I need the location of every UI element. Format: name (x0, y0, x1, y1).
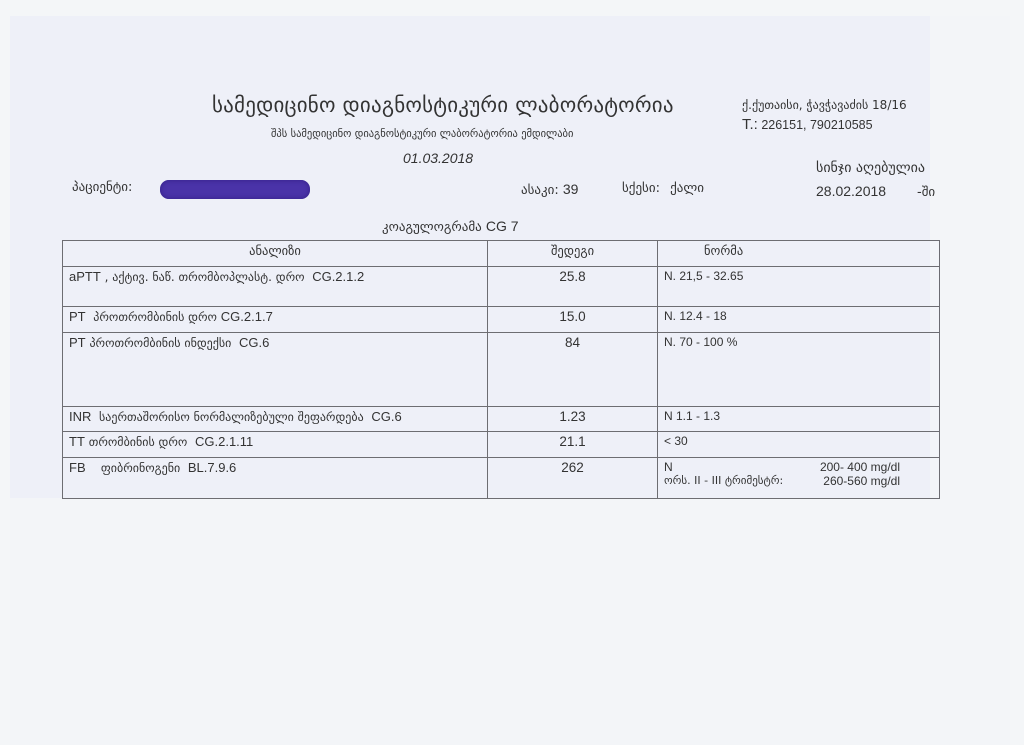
norm-line: ორს. II - III ტრიმესტრ:260-560 mg/dl (664, 474, 900, 488)
test-code: CG 7 (486, 218, 519, 234)
phone-prefix: T.: (742, 116, 758, 133)
lab-title: სამედიცინო დიაგნოსტიკური ლაბორატორია (212, 93, 674, 117)
table-row: aPTT , აქტივ. ნაწ. თრომბოპლასტ. დრო CG.2… (63, 267, 940, 307)
sex-value: ქალი (670, 181, 704, 196)
table-row: INR საერთაშორისო ნორმალიზებული შეფარდება… (63, 407, 940, 432)
lab-subtitle: შპს სამედიცინო დიაგნოსტიკური ლაბორატორია… (271, 128, 573, 140)
patient-age: ასაკი: 39 (521, 181, 578, 198)
patient-sex: სქესი: ქალი (622, 181, 704, 196)
table-header-row: ანალიზი შედეგი ნორმა (63, 241, 940, 267)
table-row: TT თრომბინის დრო CG.2.1.11 21.1 < 30 (63, 432, 940, 458)
header-norm: ნორმა (658, 241, 940, 267)
result-cell: 84 (488, 333, 658, 407)
norm-cell: N. 21,5 - 32.65 (658, 267, 940, 307)
phone-numbers: 226151, 790210585 (761, 118, 872, 132)
norm-line: N200- 400 mg/dl (664, 460, 900, 474)
patient-name-redaction (160, 180, 310, 199)
analyte-cell: INR საერთაშორისო ნორმალიზებული შეფარდება… (63, 407, 488, 432)
results-table: ანალიზი შედეგი ნორმა aPTT , აქტივ. ნაწ. … (62, 240, 940, 499)
norm-cell: N. 12.4 - 18 (658, 307, 940, 333)
result-cell: 25.8 (488, 267, 658, 307)
analyte-cell: PT პროთრომბინის დრო CG.2.1.7 (63, 307, 488, 333)
sample-taken-date: 28.02.2018 (816, 183, 886, 199)
patient-label: პაციენტი: (72, 180, 132, 195)
sample-taken-label: სინჯი აღებულია (816, 160, 925, 176)
analyte-cell: FB ფიბრინოგენი BL.7.9.6 (63, 458, 488, 499)
document-date: 01.03.2018 (403, 150, 473, 166)
header-analyte: ანალიზი (63, 241, 488, 267)
result-cell: 15.0 (488, 307, 658, 333)
analyte-cell: TT თრომბინის დრო CG.2.1.11 (63, 432, 488, 458)
table-row: PT პროთრომბინის ინდექსი CG.6 84 N. 70 - … (63, 333, 940, 407)
norm-cell: N200- 400 mg/dl ორს. II - III ტრიმესტრ:2… (658, 458, 940, 499)
test-title: კოაგულოგრამა CG 7 (382, 218, 519, 235)
sample-taken-suffix: -ში (917, 185, 935, 200)
sex-label: სქესი: (622, 181, 660, 196)
header-result: შედეგი (488, 241, 658, 267)
age-value: 39 (563, 181, 579, 197)
result-cell: 1.23 (488, 407, 658, 432)
norm-cell: < 30 (658, 432, 940, 458)
age-label: ასაკი: (521, 183, 559, 198)
test-name: კოაგულოგრამა (382, 220, 482, 235)
lab-address: ქ.ქუთაისი, ჭავჭავაძის 18/16 (742, 98, 907, 112)
lab-phone: T.: 226151, 790210585 (742, 116, 873, 133)
analyte-cell: PT პროთრომბინის ინდექსი CG.6 (63, 333, 488, 407)
norm-cell: N. 70 - 100 % (658, 333, 940, 407)
table-row: FB ფიბრინოგენი BL.7.9.6 262 N200- 400 mg… (63, 458, 940, 499)
analyte-cell: aPTT , აქტივ. ნაწ. თრომბოპლასტ. დრო CG.2… (63, 267, 488, 307)
address-text: ქ.ქუთაისი, ჭავჭავაძის 18/16 (742, 98, 907, 112)
table-row: PT პროთრომბინის დრო CG.2.1.7 15.0 N. 12.… (63, 307, 940, 333)
result-cell: 262 (488, 458, 658, 499)
norm-cell: N 1.1 - 1.3 (658, 407, 940, 432)
result-cell: 21.1 (488, 432, 658, 458)
